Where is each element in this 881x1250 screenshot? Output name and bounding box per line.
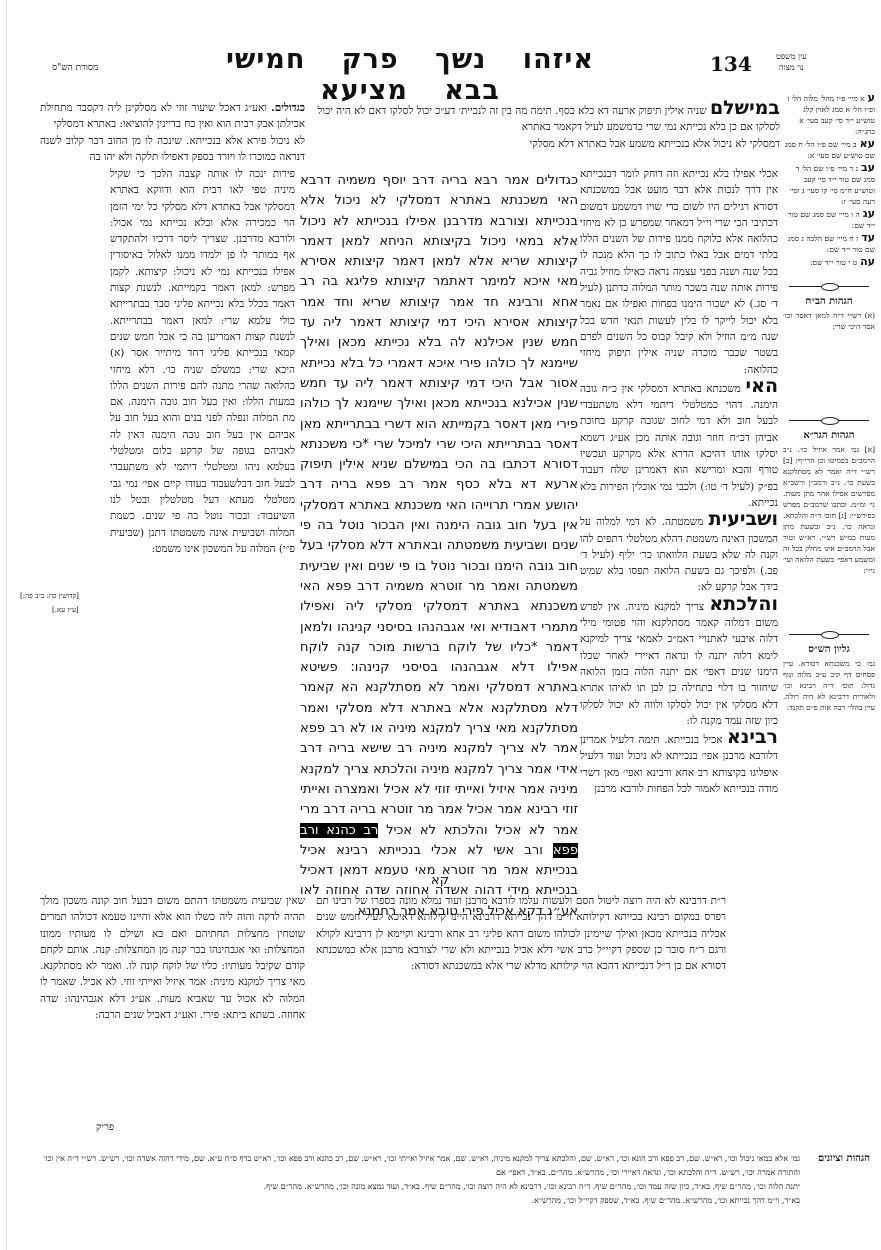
footer-line: יתנה הלוה וכו׳, מהר״ם שיף. בא״ד, כיון שז… [40,1180,800,1194]
hagahot-vetziyunim: הגהות וציונים גמ׳ אלא כמאי ניכול וכו׳, ר… [40,1152,870,1208]
ein-mishpat-entry: עא מיי׳ פ״ו מהל׳ מלוה הל׳ ז ופ״ו הל׳ א ס… [783,92,875,137]
ein-mishpat-letter: עג [863,207,875,220]
ornament-divider [789,416,869,424]
tosafot-line-2: לא ניכול פירא אלא בנכייתא. שינכה לו מן ה… [40,133,305,166]
rashi-section-5: רבינא אכיל בנכייתא. תימה דלעיל אמרינן דל… [580,729,778,797]
rashi-line-2: לסלקו אם כן בלא נכייתא נמי שרי כדמשמע לע… [295,119,780,135]
rashi-section-2: האי משכנתא באתרא דמסלקי אין כ״ח גובה הימ… [580,378,778,511]
ner-mitzvah-label: נר מצוה [776,62,807,73]
ornament-divider [789,630,869,638]
hagahot-bach-title: הגהות הב״ח [783,296,875,307]
rashi-top-lines: במישלם שניה אילין תיפוק ארעה דא כלא כסף.… [295,100,780,164]
rashi-commentary: אכלי אפילו בלא נכייתא וזה דוחק לומר דבנכ… [580,166,778,921]
mesorah-hashas-label: מסורת הש"ס [52,62,98,73]
ein-mishpat-text: א מיי׳ פ״ו מהל׳ מלוה הל׳ ז ופ״ו הל׳ א סמ… [787,94,875,136]
ein-mishpat-entry: עאב מיי׳ שם פ״ו הל׳ ח סמג שם טוש״ע שם סע… [783,138,875,161]
tosafot-lead-word: כגדולים. [271,102,305,114]
ornament-divider [789,282,869,290]
rashi-body: אכלי אפילו בלא נכייתא וזה דוחק לומר דבנכ… [580,166,778,378]
ein-mishpat-header: עין משפט נר מצוה [776,51,807,73]
page-edge [6,0,7,1250]
tosafot-continuation: שאין שביעית משמטתו דהתם משום דבעל חוב קו… [40,893,305,1125]
ein-mishpat-text: ה ו מיי׳ שם סמג שם טור י״ד שם: [788,210,875,230]
ein-mishpat-letter: ע [868,91,875,104]
hagahot-gra-title: הגהות הגר״א [783,430,875,441]
tosafot-line-1: כגדולים. ואע״ג דאכל שיעור זוזי לא מסלקינ… [40,100,305,133]
talmud-page: מסורת הש"ס איזהו נשך פרק חמישי בבא מציעא… [0,0,881,1250]
rashi-continuation: ר״ת דרבינא לא היה רוצה ליטול הסם ולעשות … [316,893,726,1125]
ein-mishpat-entry: עדז ח מיי׳ שם הלכה ג סמג שם טור י״ד שם: [783,232,875,255]
gemara-text: כגדולים אמר רבא בריה דרב יוסף משמיה דרבא… [300,171,578,871]
margin-ref-1: [קדושין כה: ב״ב פה:] [20,592,79,600]
gemara-page-end: קא [390,873,490,888]
ein-mishpat-letter: עה [860,255,875,268]
ein-mishpat-letter: עד [861,231,875,244]
tosafot-commentary: פירות ינכה לו אותה קצבה הלכך כי שקיל מינ… [110,166,295,886]
ein-mishpat-text: ט י טור י״ד שם: [810,258,857,267]
tosafot-body: פירות ינכה לו אותה קצבה הלכך כי שקיל מינ… [110,166,295,557]
ein-mishpat-entry: עהט י טור י״ד שם: [783,256,875,268]
footer-body: גמ׳ אלא כמאי ניכול וכו׳, רא״ש. שם, רב פפ… [40,1152,800,1208]
rashi-line-3: דמסלקי לא ניכול אלא בנכייתא משמע אבל באת… [295,136,780,152]
margin-ref-2: [ע״ז עא.] [52,606,79,614]
ein-mishpat-entry: עבג ד מיי׳ פ״ו שם הל׳ ד סמג שם טור י״ד ס… [783,162,875,207]
gemara-text-before: כגדולים אמר רבא בריה דרב יוסף משמיה דרבא… [300,173,578,838]
ein-mishpat-label: עין משפט [776,51,807,62]
hagahot-bach-text: (א) רש״י ד״ה למאן דאסר וכו׳ אסר היכי שרי… [783,310,875,332]
page-title: איזהו נשך פרק חמישי בבא מציעא [220,44,600,106]
ein-mishpat-entry: עגה ו מיי׳ שם סמג שם טור י״ד שם: [783,208,875,231]
ein-mishpat-list: עא מיי׳ פ״ו מהל׳ מלוה הל׳ ז ופ״ו הל׳ א ס… [783,92,875,268]
footer-label: הגהות וציונים [818,1152,870,1166]
rashi-lead-word: במישלם [710,100,780,119]
tosafot-top-lines: כגדולים. ואע״ג דאכל שיעור זוזי לא מסלקינ… [40,100,305,170]
ein-mishpat-letter: עא [860,137,875,150]
hagahot-gra-text: [א] גמ׳ אמר איזיל כו׳. נ״ב הרמב״ם בפמיטו… [783,444,875,576]
rashi-section-4: והלכתא צריך למקנא מיניה. אין לפרש משום ד… [580,596,778,729]
rashi-section-3: ושביעית משמטתה. לא דמי למלוה על המשכון ד… [580,511,778,595]
page-number: 134 [710,52,752,76]
rashi-line-1: במישלם שניה אילין תיפוק ארעה דא כלא כסף.… [295,100,780,119]
catchword: פריק [96,1122,114,1133]
ein-mishpat-letter: עב [861,161,875,174]
footer-line: בא״ד, וי״מ דהך נכייתא וכו׳, מהרש״א. מהר״… [40,1194,800,1208]
ein-mishpat-notes: עא מיי׳ פ״ו מהל׳ מלוה הל׳ ז ופ״ו הל׳ א ס… [783,92,875,713]
footer-line: גמ׳ אלא כמאי ניכול וכו׳, רא״ש. שם, רב פפ… [40,1152,800,1180]
gilyon-hashas-text: גמ׳ כי משכנתא דסורא. עיין פסחים דף קיב ע… [783,658,875,713]
gilyon-hashas-title: גליון הש״ס [783,644,875,655]
